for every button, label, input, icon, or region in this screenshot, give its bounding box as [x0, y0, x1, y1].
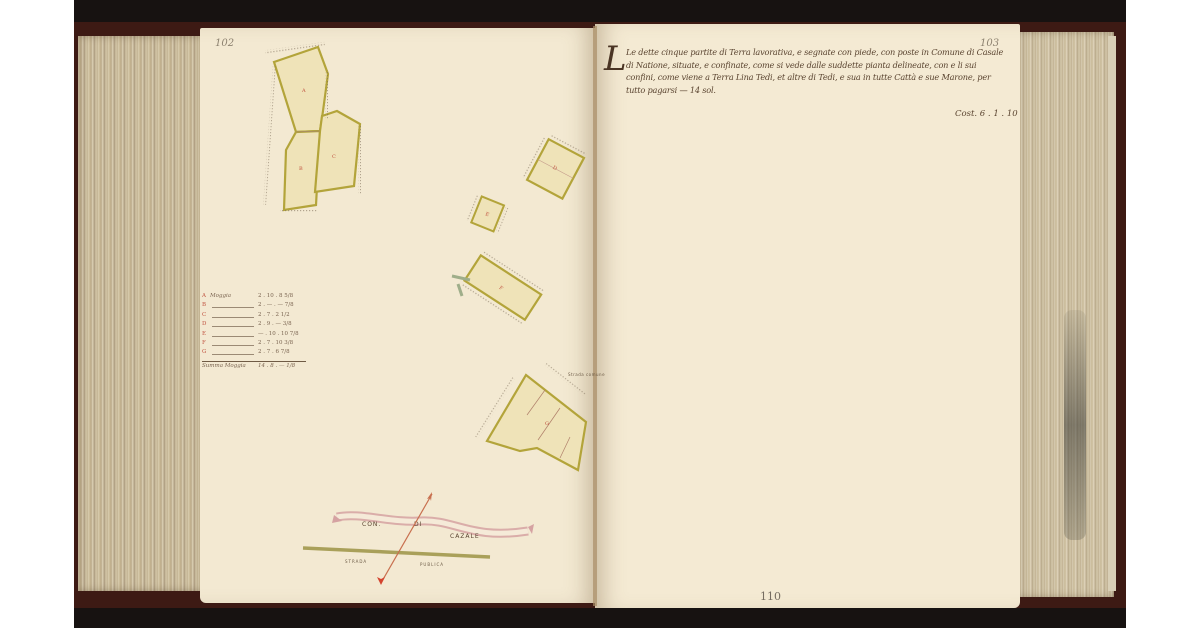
ribbon-label-right: CAZALE	[450, 533, 480, 540]
legend-value: 2 . 9 . — 3/8	[258, 321, 292, 327]
edge-stain	[1064, 310, 1086, 540]
legend-row: G 2 . 7 . 6 7/8	[202, 349, 306, 358]
legend-letter: B	[202, 302, 206, 308]
entry-line: Le dette cinque partite di Terra lavorat…	[626, 46, 1012, 59]
legend-value: 2 . 7 . 10 3/8	[258, 340, 293, 346]
left-page-edges	[78, 36, 203, 591]
entry-line: tutto pagarsi — 14 sol.	[626, 84, 1012, 97]
parcel-label-a: A	[301, 88, 306, 94]
road-label-right: PUBLICA	[420, 562, 444, 567]
book-gutter	[593, 26, 597, 606]
legend-letter: C	[202, 312, 206, 318]
legend-letter: A	[202, 293, 206, 299]
legend-total: Summa Moggia 14 . 8 . — 1/8	[202, 362, 306, 371]
parcel-label-c: C	[332, 154, 336, 160]
register-entry: L Le dette cinque partite di Terra lavor…	[612, 46, 1012, 96]
legend-row: F 2 . 7 . 10 3/8	[202, 340, 306, 349]
legend-value: 2 . 10 . 8 5/8	[258, 293, 293, 299]
legend-letter: E	[202, 331, 206, 337]
legend-letter: D	[202, 321, 206, 327]
legend-total-label: Summa Moggia	[202, 363, 246, 369]
legend-value: 2 . — . — 7/8	[258, 302, 294, 308]
legend-unit: Moggia	[210, 293, 231, 299]
parcel-label-g: G	[545, 421, 549, 427]
legend-letter: F	[202, 340, 206, 346]
margin-note: Strada comune	[568, 372, 605, 377]
folio-number-bottom: 110	[760, 590, 781, 603]
parcel-c[interactable]	[315, 111, 360, 192]
entry-cost: Cost. 6 . 1 . 10	[955, 109, 1018, 119]
road-label-left: STRADA	[345, 559, 367, 564]
legend-value: — . 10 . 10 7/8	[258, 331, 299, 337]
legend-row: D 2 . 9 . — 3/8	[202, 321, 306, 330]
parcel-label-b: B	[299, 166, 303, 172]
legend-row: A Moggia 2 . 10 . 8 5/8	[202, 293, 306, 302]
entry-line: di Natione, situate, e confinate, come s…	[626, 59, 1012, 72]
area-legend: A Moggia 2 . 10 . 8 5/8 B 2 . — . — 7/8 …	[202, 293, 306, 371]
legend-value: 2 . 7 . 2 1/2	[258, 312, 290, 318]
decorated-initial: L	[604, 42, 626, 76]
legend-dash	[212, 336, 254, 337]
legend-letter: G	[202, 349, 206, 355]
legend-total-value: 14 . 8 . — 1/8	[258, 363, 295, 369]
ribbon-label-left: CON.	[362, 521, 381, 528]
legend-dash	[212, 326, 254, 327]
right-page-edge-last	[1108, 36, 1116, 591]
legend-dash	[212, 354, 254, 355]
legend-dash	[212, 345, 254, 346]
legend-row: E — . 10 . 10 7/8	[202, 331, 306, 340]
folio-number-left: 102	[215, 38, 234, 49]
legend-dash	[212, 317, 254, 318]
legend-row: B 2 . — . — 7/8	[202, 302, 306, 311]
entry-line: confini, come viene a Terra Lina Tedi, e…	[626, 71, 1012, 84]
legend-value: 2 . 7 . 6 7/8	[258, 349, 290, 355]
legend-row: C 2 . 7 . 2 1/2	[202, 312, 306, 321]
legend-dash	[212, 307, 254, 308]
